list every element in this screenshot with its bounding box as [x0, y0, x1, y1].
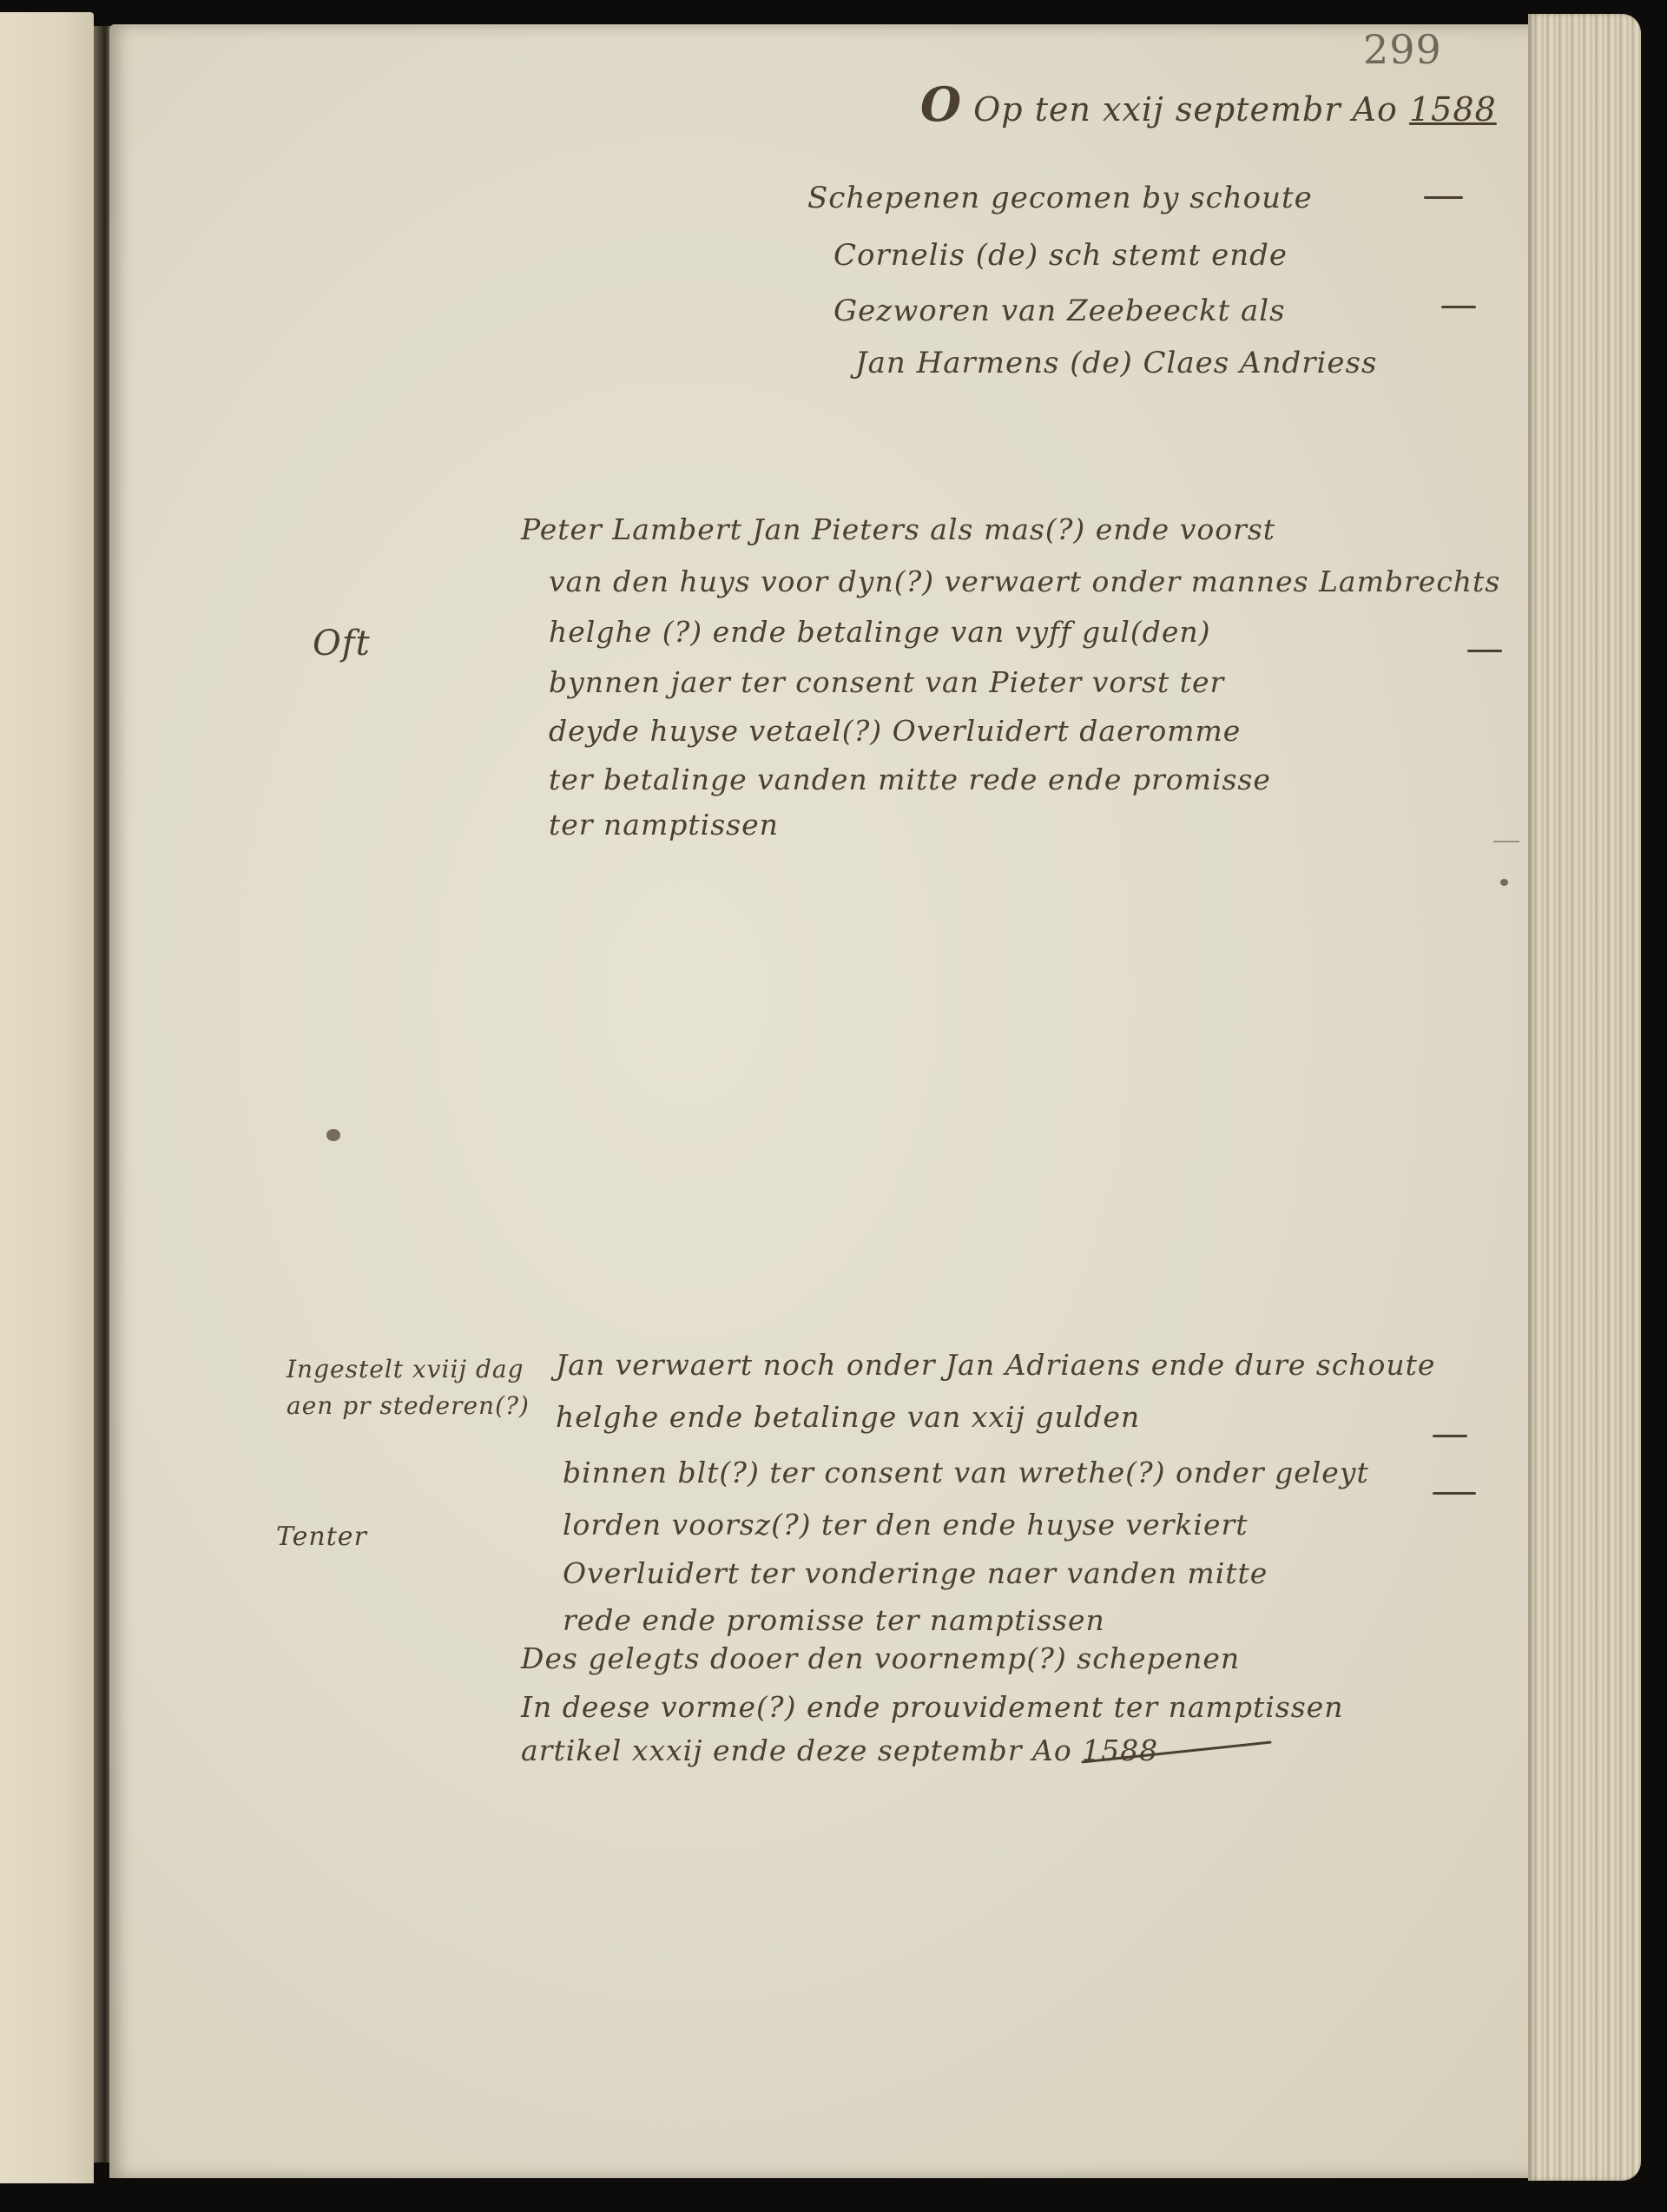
date-header-year: 1588 — [1409, 90, 1497, 129]
closing-line: Des gelegts dooer den voornemp(?) schepe… — [521, 1641, 1240, 1675]
entry-line: helghe (?) ende betalinge van vyff gul(d… — [549, 615, 1211, 649]
entry-line: Jan verwaert noch onder Jan Adriaens end… — [556, 1348, 1435, 1382]
entry-line: Overluidert ter vonderinge naer vanden m… — [563, 1556, 1268, 1590]
line-filler-dash — [1433, 1435, 1467, 1437]
ink-blot — [326, 1129, 340, 1141]
date-header: O Op ten xxij septembr Ao 1588 — [920, 76, 1497, 132]
margin-note-lower: Tenter — [276, 1522, 367, 1552]
line-filler-dash — [1441, 306, 1476, 308]
entry-line: deyde huyse vetael(?) Overluidert daerom… — [549, 714, 1241, 748]
ink-dot — [1500, 879, 1508, 886]
entry-line: van den huys voor dyn(?) verwaert onder … — [549, 565, 1500, 598]
margin-note-line: aen pr stederen(?) — [287, 1391, 530, 1420]
heading-line: Cornelis (de) sch stemt ende — [833, 238, 1288, 273]
closing-line: artikel xxxij ende deze septembr Ao 1588 — [521, 1733, 1158, 1767]
entry-line: binnen blt(?) ter consent van wrethe(?) … — [563, 1456, 1369, 1489]
entry-line: ter betalinge vanden mitte rede ende pro… — [549, 763, 1271, 796]
heading-line: Schepenen gecomen by schoute — [807, 181, 1313, 215]
heading-line: Gezworen van Zeebeeckt als — [833, 294, 1286, 328]
page-stack-fore-edge — [1528, 14, 1641, 2181]
entry-line: bynnen jaer ter consent van Pieter vorst… — [549, 665, 1224, 699]
margin-note-line: Ingestelt xviij dag — [287, 1355, 524, 1383]
entry-line: ter namptissen — [549, 808, 779, 842]
line-filler-dash — [1467, 650, 1502, 652]
folio-number: 299 — [1363, 26, 1442, 73]
date-header-text: Op ten xxij septembr Ao — [973, 90, 1398, 129]
decorated-initial-icon: O — [920, 76, 962, 132]
entry-line: lorden voorsz(?) ter den ende huyse verk… — [563, 1508, 1249, 1542]
heading-line: Jan Harmens (de) Claes Andriess — [855, 346, 1377, 380]
margin-note-entry-1: Oft — [313, 624, 371, 664]
entry-line: rede ende promisse ter namptissen — [563, 1603, 1105, 1637]
margin-dash — [1493, 841, 1519, 842]
line-filler-dash — [1424, 196, 1463, 199]
entry-line: Peter Lambert Jan Pieters als mas(?) end… — [521, 512, 1275, 546]
closing-line: In deese vorme(?) ende prouvidement ter … — [521, 1690, 1343, 1724]
line-filler-dash — [1433, 1492, 1476, 1495]
verso-page-edge — [0, 12, 94, 2183]
entry-line: helghe ende betalinge van xxij gulden — [556, 1400, 1140, 1434]
